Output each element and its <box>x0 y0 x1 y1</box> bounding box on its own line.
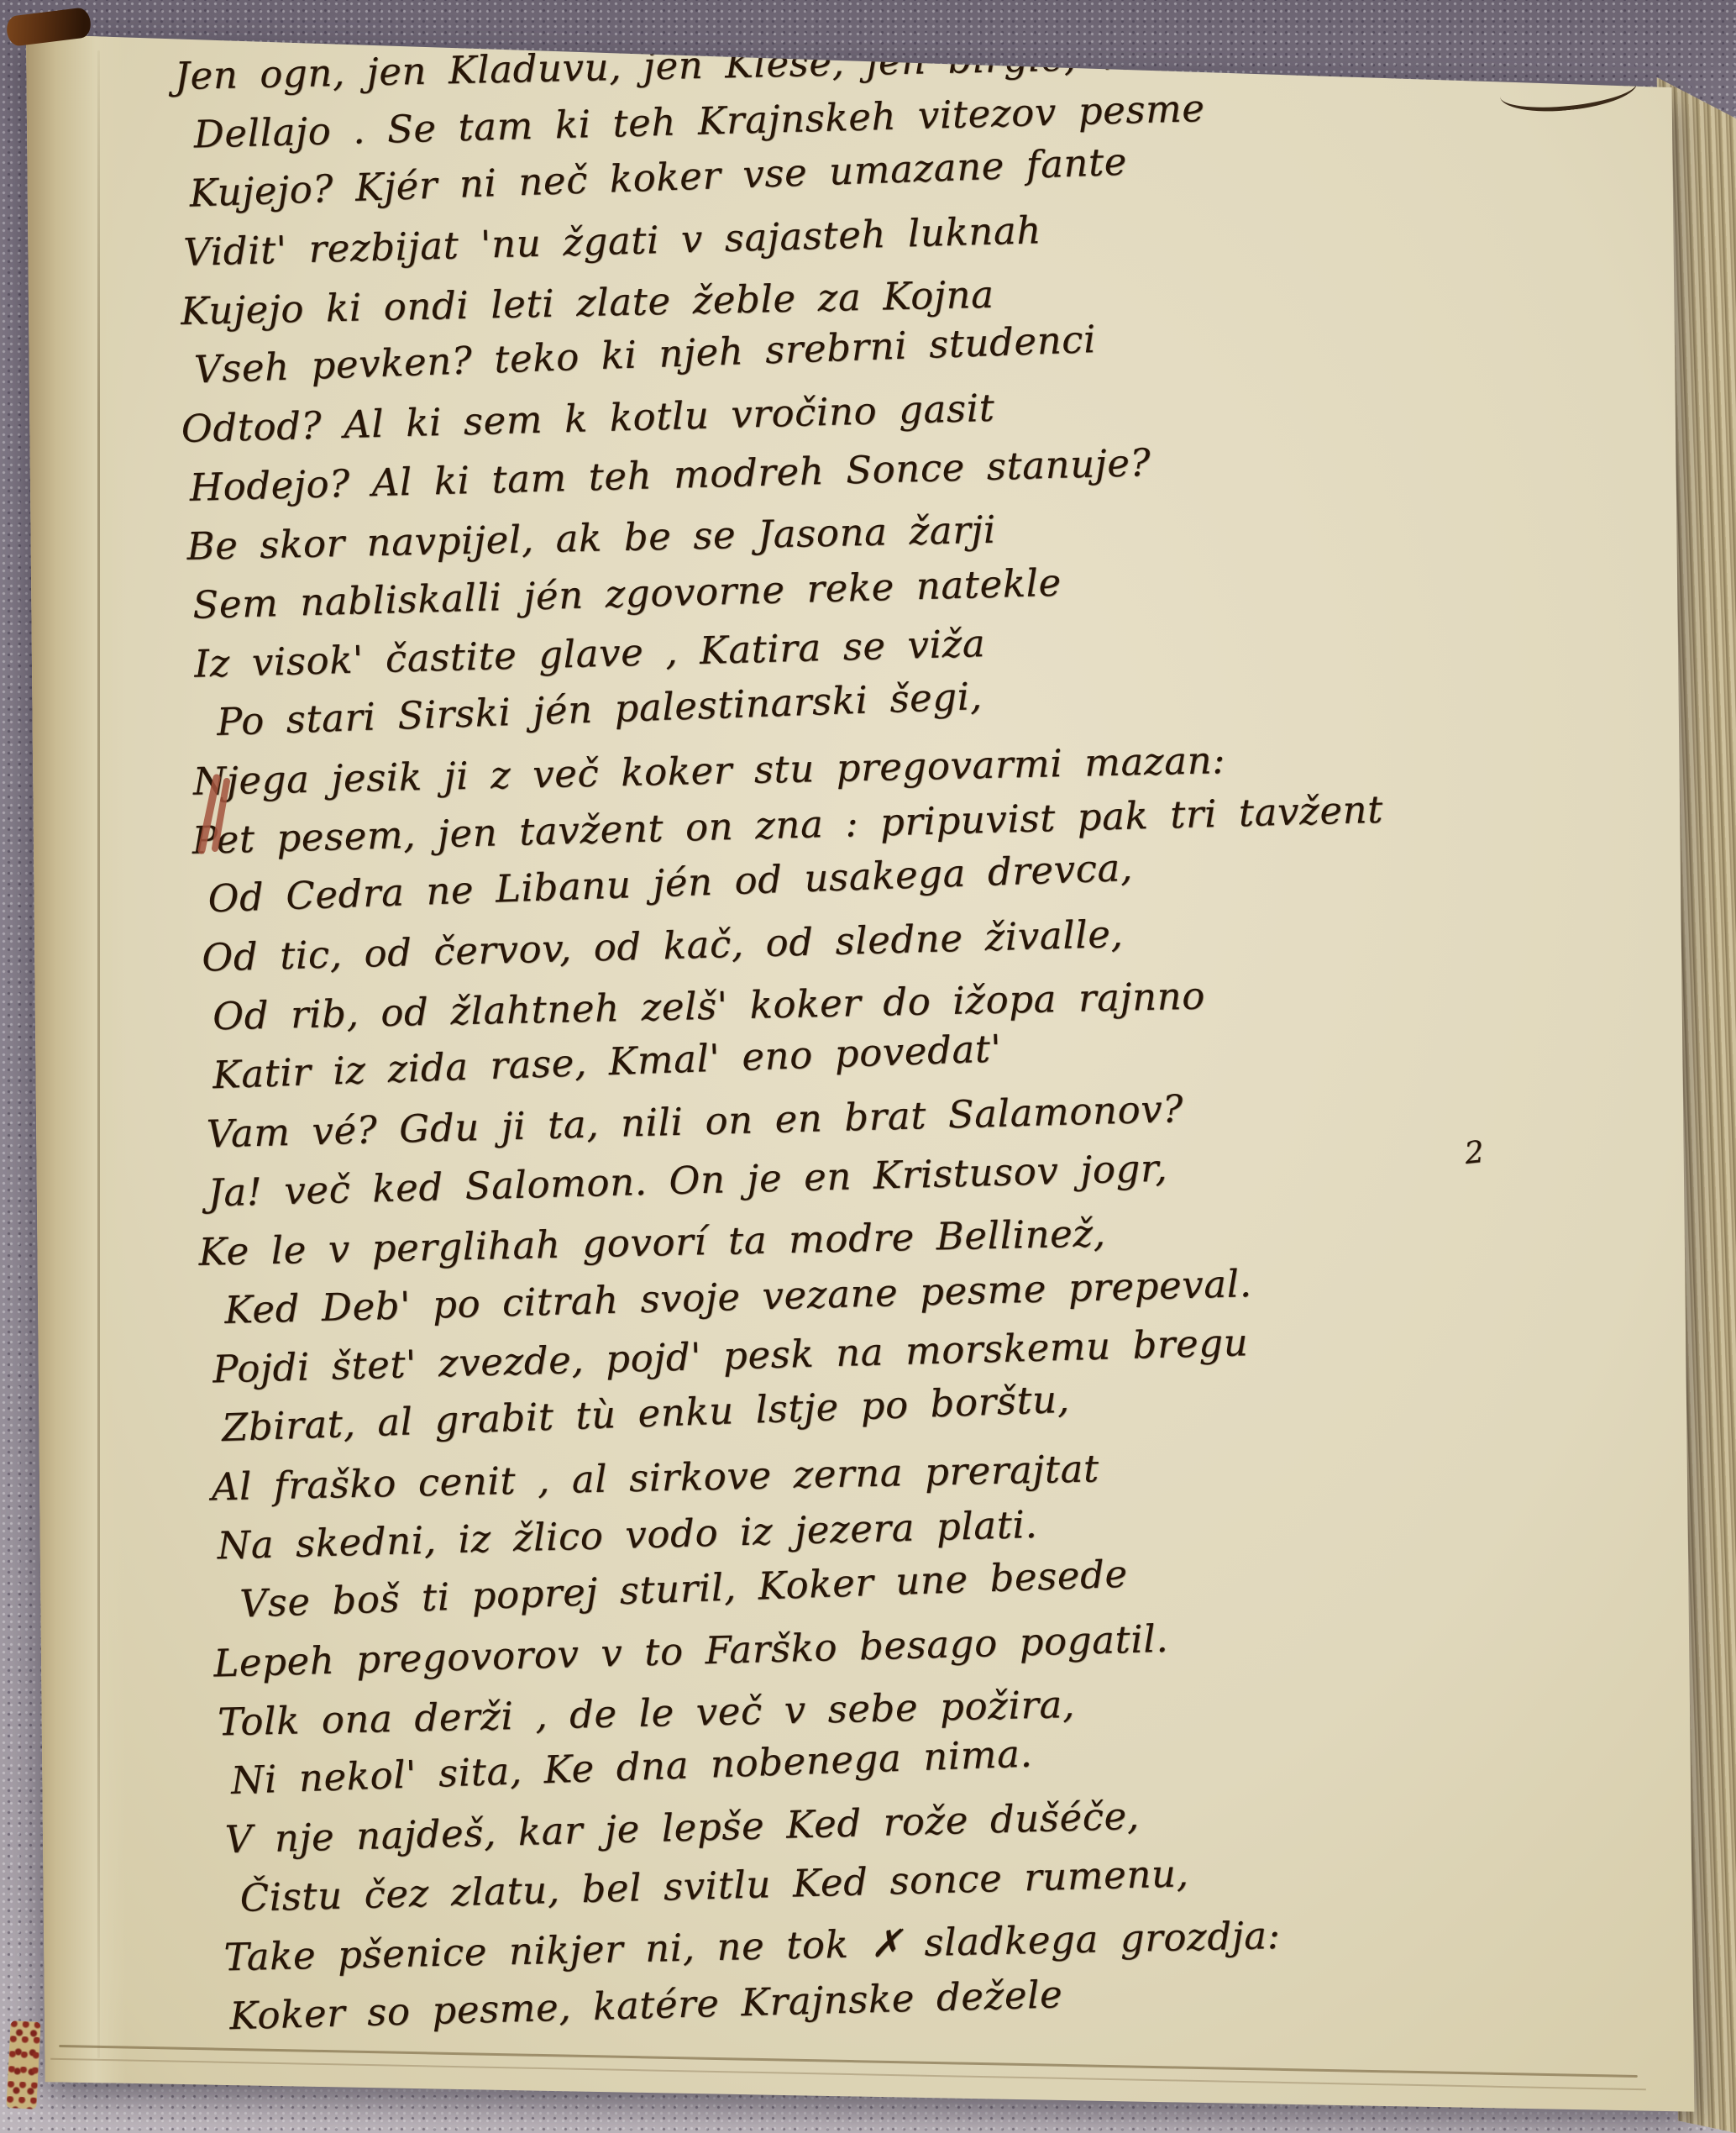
superscript-note: 2 <box>1463 1135 1486 1171</box>
handwritten-text-block: Jen ogn, jen Kladuvu, jen Kleše, jen bir… <box>178 9 1675 2046</box>
page-number: 156 <box>1530 29 1626 85</box>
book-cover-marble-corner <box>6 2020 40 2109</box>
photo-background: Jen ogn, jen Kladuvu, jen Kleše, jen bir… <box>0 0 1736 2133</box>
gutter-crease <box>97 50 100 2058</box>
red-margin-mark <box>191 771 239 855</box>
book-gutter <box>25 34 126 2085</box>
page-bottom-edge-shadow <box>50 2058 1646 2090</box>
manuscript-page: Jen ogn, jen Kladuvu, jen Kleše, jen bir… <box>0 0 1736 2133</box>
book-page-wrap: Jen ogn, jen Kladuvu, jen Kleše, jen bir… <box>0 0 1736 2133</box>
